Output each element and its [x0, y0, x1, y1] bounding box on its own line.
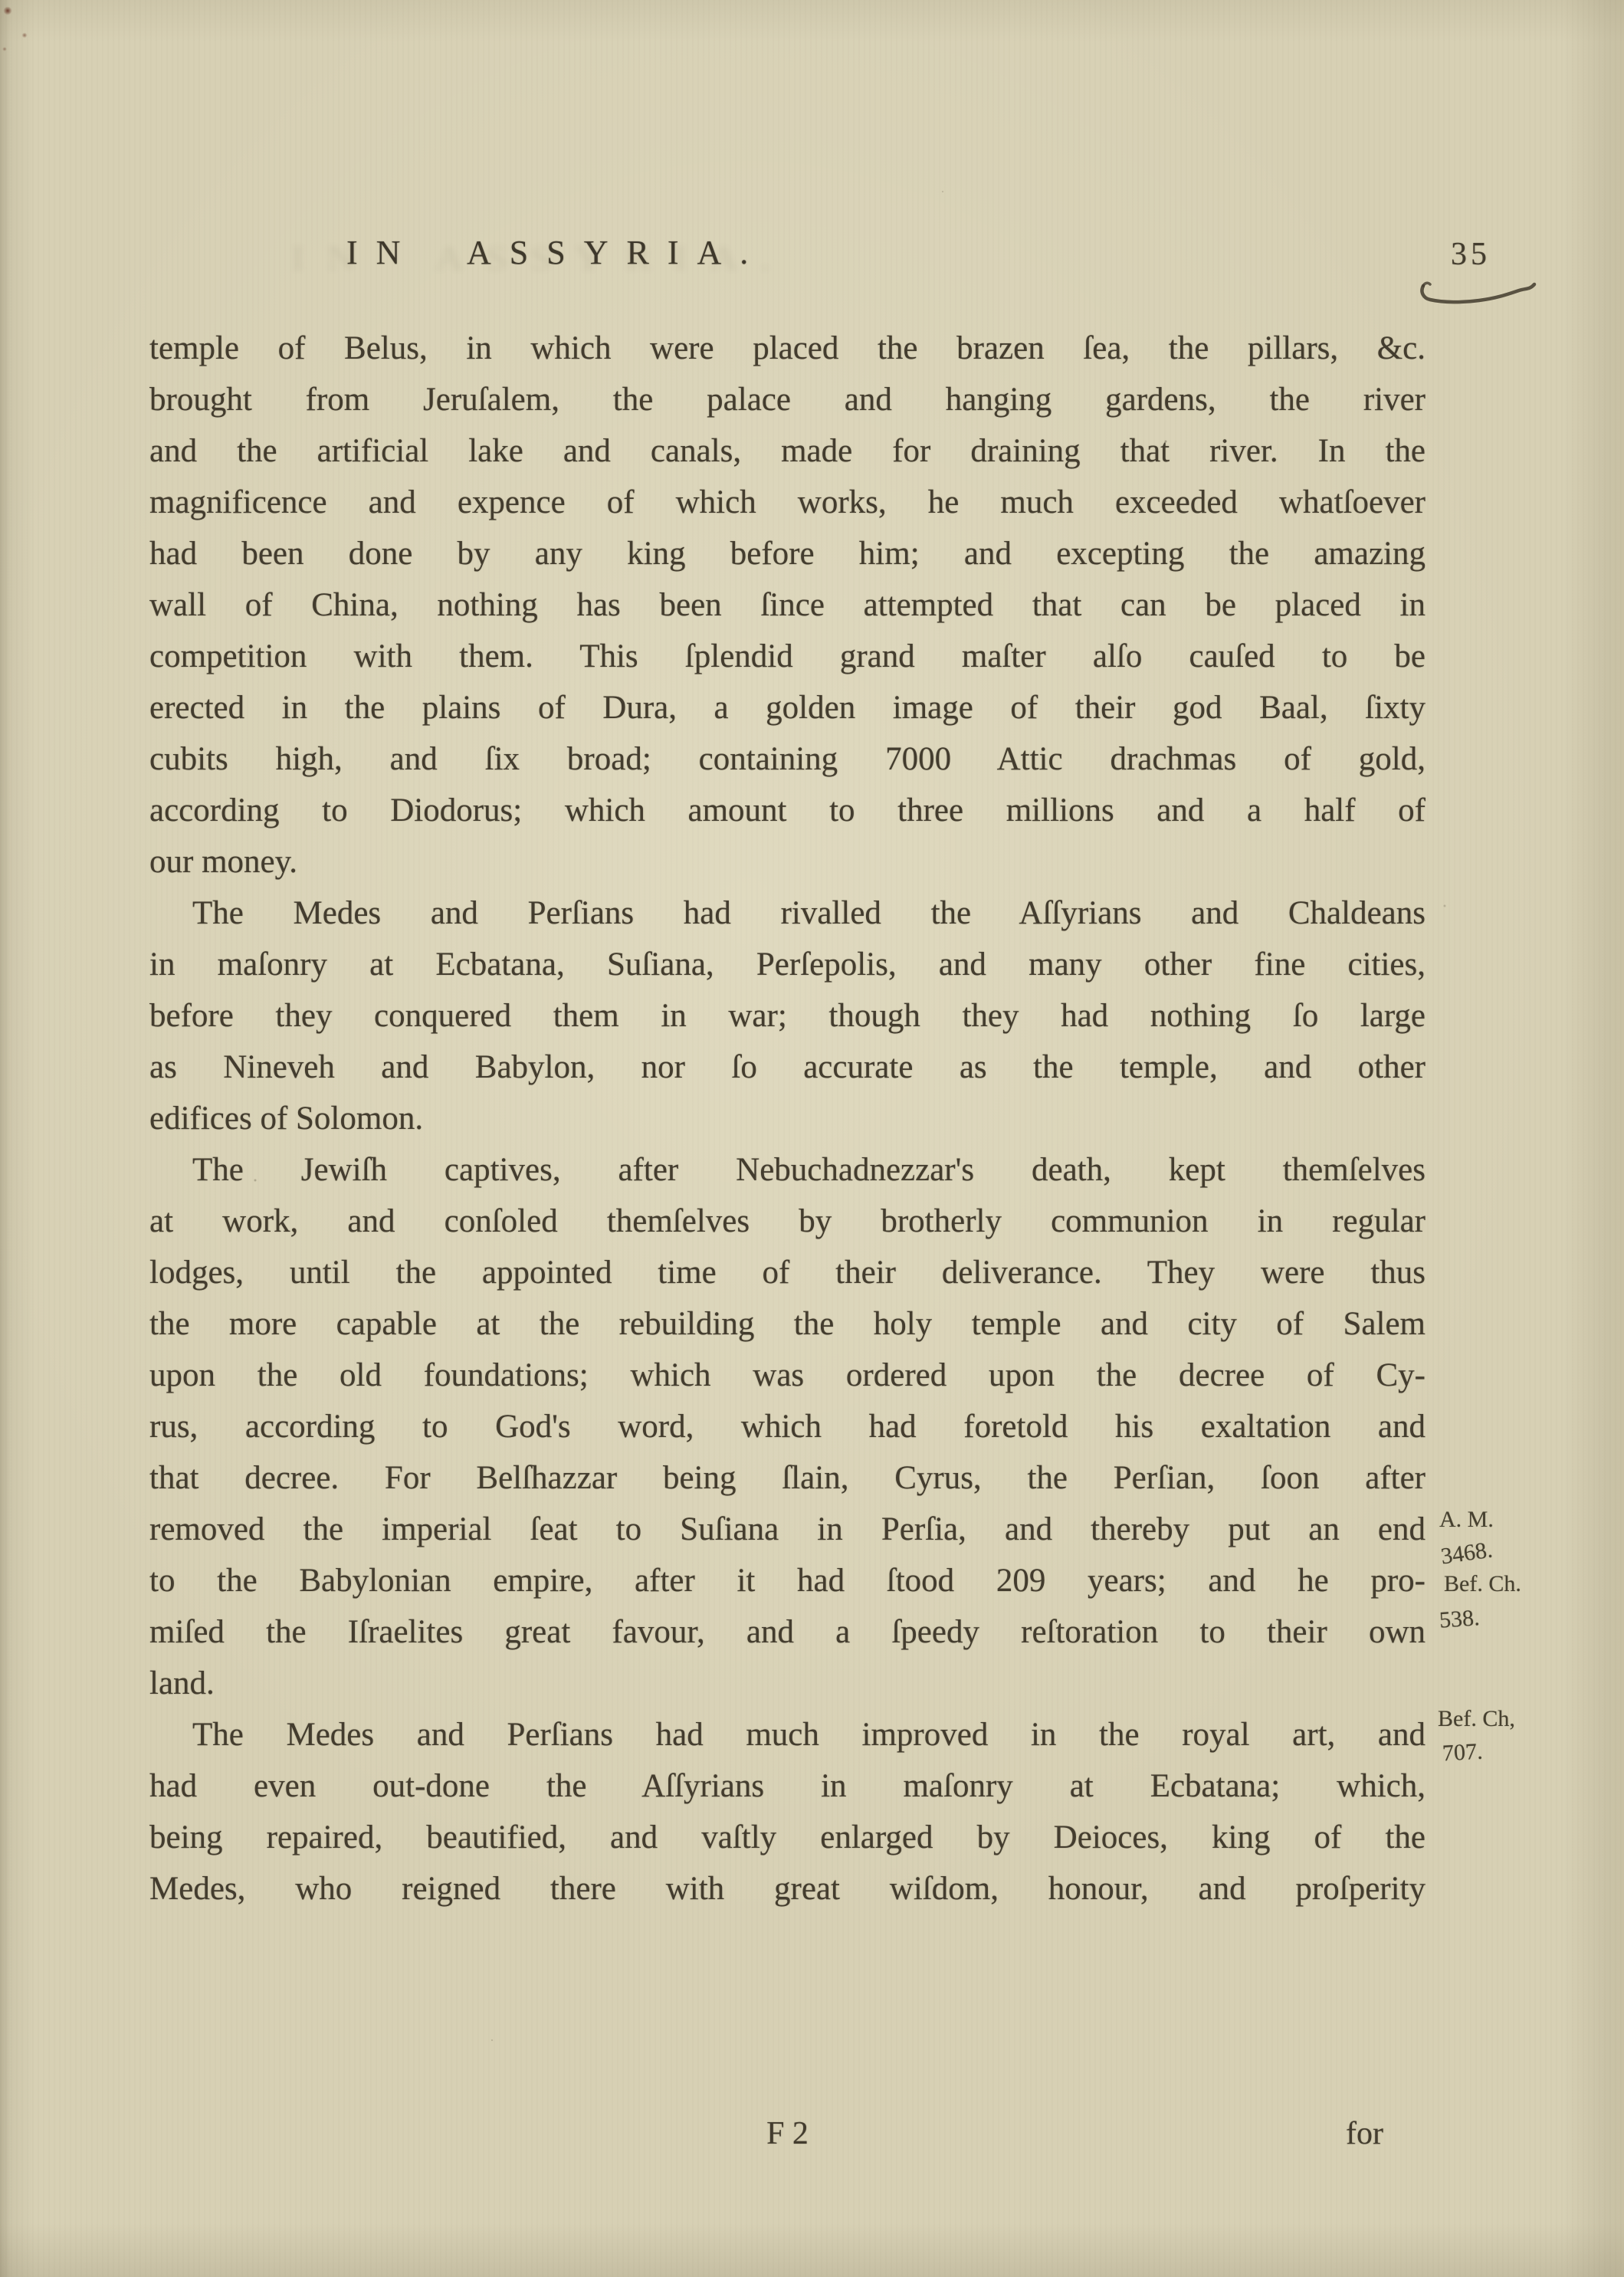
- text-line: The Medes and Perſians had rivalled the …: [149, 888, 1426, 939]
- text-line: cubits high, and ſix broad; containing 7…: [149, 733, 1426, 785]
- book-page: IN ASSYRIA. IN ASSYRIA. 35 temple of Bel…: [0, 0, 1624, 2277]
- text-line: rus, according to God's word, which had …: [149, 1401, 1426, 1452]
- text-line: according to Diodorus; which amount to t…: [149, 785, 1426, 836]
- text-line: competition with them. This ſplendid gra…: [149, 631, 1426, 682]
- paragraph: The Medes and Perſians had much improved…: [149, 1709, 1426, 1914]
- margin-note: 707.: [1442, 1739, 1483, 1767]
- text-line: removed the imperial ſeat to Suſiana in …: [149, 1504, 1426, 1555]
- text-line: land.: [149, 1658, 1426, 1709]
- text-line: edifices of Solomon.: [149, 1093, 1426, 1144]
- running-header-title: IN ASSYRIA.: [346, 233, 766, 272]
- margin-note: 3468.: [1439, 1537, 1494, 1570]
- page-number-flourish-icon: [1419, 279, 1539, 312]
- page-number: 35: [1451, 236, 1491, 273]
- text-line: magnificence and expence of which works,…: [149, 477, 1426, 528]
- text-line: lodges, until the appointed time of thei…: [149, 1247, 1426, 1298]
- text-line: before they conquered them in war; thoug…: [149, 990, 1426, 1042]
- margin-note: 538.: [1439, 1605, 1481, 1634]
- margin-note: A. M.: [1439, 1507, 1494, 1533]
- text-line: had been done by any king before him; an…: [149, 528, 1426, 579]
- text-line: upon the old foundations; which was orde…: [149, 1350, 1426, 1401]
- text-line: had even out-done the Aſſyrians in maſon…: [149, 1760, 1426, 1812]
- text-line: the more capable at the rebuilding the h…: [149, 1298, 1426, 1350]
- margin-note: Bef. Ch.: [1444, 1571, 1521, 1597]
- body-text: temple of Belus, in which were placed th…: [149, 323, 1426, 1914]
- paragraph: The Jewiſh captives, after Nebuchadnezza…: [149, 1144, 1426, 1709]
- text-line: and the artificial lake and canals, made…: [149, 425, 1426, 477]
- text-line: that decree. For Belſhazzar being ſlain,…: [149, 1452, 1426, 1504]
- text-line: The Jewiſh captives, after Nebuchadnezza…: [149, 1144, 1426, 1196]
- text-line: at work, and conſoled themſelves by brot…: [149, 1196, 1426, 1247]
- text-line: being repaired, beautified, and vaſtly e…: [149, 1812, 1426, 1863]
- paragraph: The Medes and Perſians had rivalled the …: [149, 888, 1426, 1144]
- margin-note: Bef. Ch,: [1438, 1706, 1515, 1732]
- text-line: Medes, who reigned there with great wiſd…: [149, 1863, 1426, 1914]
- text-line: our money.: [149, 836, 1426, 888]
- text-line: as Nineveh and Babylon, nor ſo accurate …: [149, 1042, 1426, 1093]
- text-line: miſed the Iſraelites great favour, and a…: [149, 1606, 1426, 1658]
- text-line: in maſonry at Ecbatana, Suſiana, Perſepo…: [149, 939, 1426, 990]
- paragraph: temple of Belus, in which were placed th…: [149, 323, 1426, 888]
- text-line: wall of China, nothing has been ſince at…: [149, 579, 1426, 631]
- signature-mark: F 2: [149, 2115, 1426, 2152]
- text-line: The Medes and Perſians had much improved…: [149, 1709, 1426, 1760]
- text-line: brought from Jeruſalem, the palace and h…: [149, 374, 1426, 425]
- catchword: for: [1346, 2115, 1383, 2152]
- text-line: temple of Belus, in which were placed th…: [149, 323, 1426, 374]
- text-line: to the Babylonian empire, after it had ſ…: [149, 1555, 1426, 1606]
- text-line: erected in the plains of Dura, a golden …: [149, 682, 1426, 733]
